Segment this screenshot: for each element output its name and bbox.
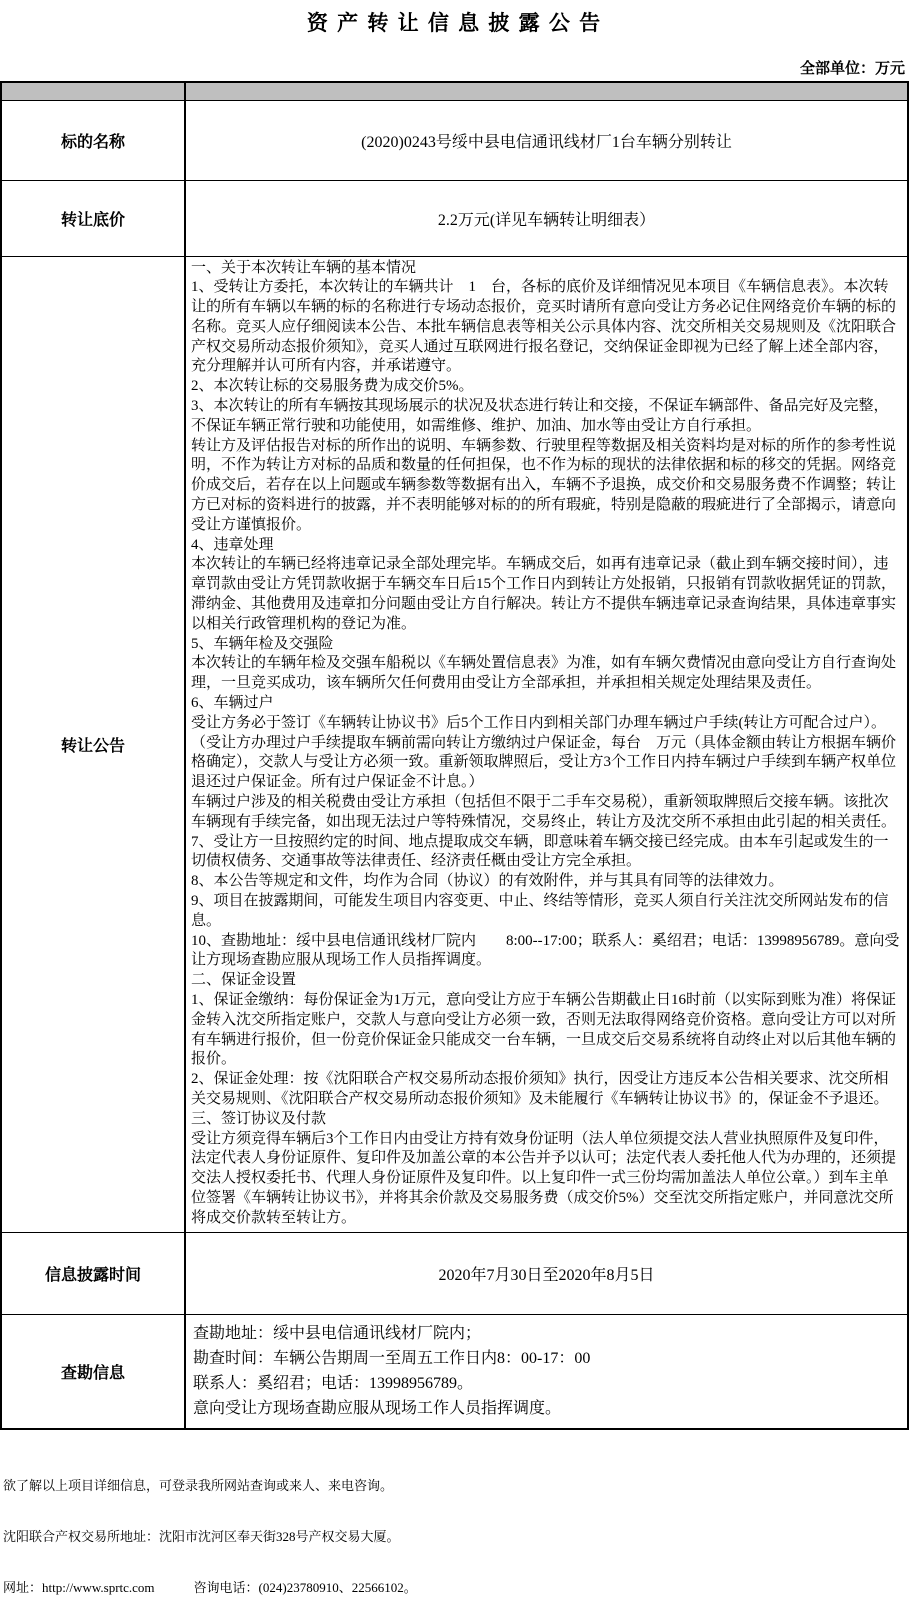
- subject-name-label: 标的名称: [1, 100, 185, 180]
- unit-note: 全部单位：万元: [0, 60, 909, 78]
- announcement-text: 一、关于本次转让车辆的基本情况 1、受转让方委托，本次转让的车辆共计 1 台，各…: [185, 256, 908, 1232]
- disclosure-period-value: 2020年7月30日至2020年8月5日: [185, 1232, 908, 1314]
- announcement-label: 转让公告: [1, 256, 185, 1232]
- header-band-label-cell: [1, 82, 185, 100]
- document-footer: 欲了解以上项目详细信息，可登录我所网站查询或来人、来电咨询。 沈阳联合产权交易所…: [0, 1430, 909, 1613]
- document-header: 资 产 转 让 信 息 披 露 公 告 全部单位：万元: [0, 0, 909, 78]
- floor-price-value: 2.2万元(详见车辆转让明细表）: [185, 180, 908, 256]
- inspection-info-label: 查勘信息: [1, 1314, 185, 1429]
- table-header-band: [1, 82, 908, 100]
- page-title: 资 产 转 让 信 息 披 露 公 告: [0, 8, 909, 38]
- table-row-inspection-info: 查勘信息 查勘地址：绥中县电信通讯线材厂院内； 勘查时间：车辆公告期周一至周五工…: [1, 1314, 908, 1429]
- footer-line-info: 欲了解以上项目详细信息，可登录我所网站查询或来人、来电咨询。: [3, 1477, 905, 1494]
- table-row-subject-name: 标的名称 (2020)0243号绥中县电信通讯线材厂1台车辆分别转让: [1, 100, 908, 180]
- subject-name-value: (2020)0243号绥中县电信通讯线材厂1台车辆分别转让: [185, 100, 908, 180]
- header-band-value-cell: [185, 82, 908, 100]
- inspection-info-value: 查勘地址：绥中县电信通讯线材厂院内； 勘查时间：车辆公告期周一至周五工作日内8：…: [185, 1314, 908, 1429]
- footer-line-contact: 网址：http://www.sprtc.com 咨询电话：(024)237809…: [3, 1579, 905, 1596]
- disclosure-table: 标的名称 (2020)0243号绥中县电信通讯线材厂1台车辆分别转让 转让底价 …: [0, 81, 909, 1430]
- floor-price-label: 转让底价: [1, 180, 185, 256]
- table-row-floor-price: 转让底价 2.2万元(详见车辆转让明细表）: [1, 180, 908, 256]
- disclosure-period-label: 信息披露时间: [1, 1232, 185, 1314]
- footer-line-address: 沈阳联合产权交易所地址：沈阳市沈河区奉天街328号产权交易大厦。: [3, 1528, 905, 1545]
- asset-transfer-disclosure-document: { "page": { "title": "资 产 转 让 信 息 披 露 公 …: [0, 0, 909, 1613]
- table-row-announcement: 转让公告 一、关于本次转让车辆的基本情况 1、受转让方委托，本次转让的车辆共计 …: [1, 256, 908, 1232]
- table-row-disclosure-period: 信息披露时间 2020年7月30日至2020年8月5日: [1, 1232, 908, 1314]
